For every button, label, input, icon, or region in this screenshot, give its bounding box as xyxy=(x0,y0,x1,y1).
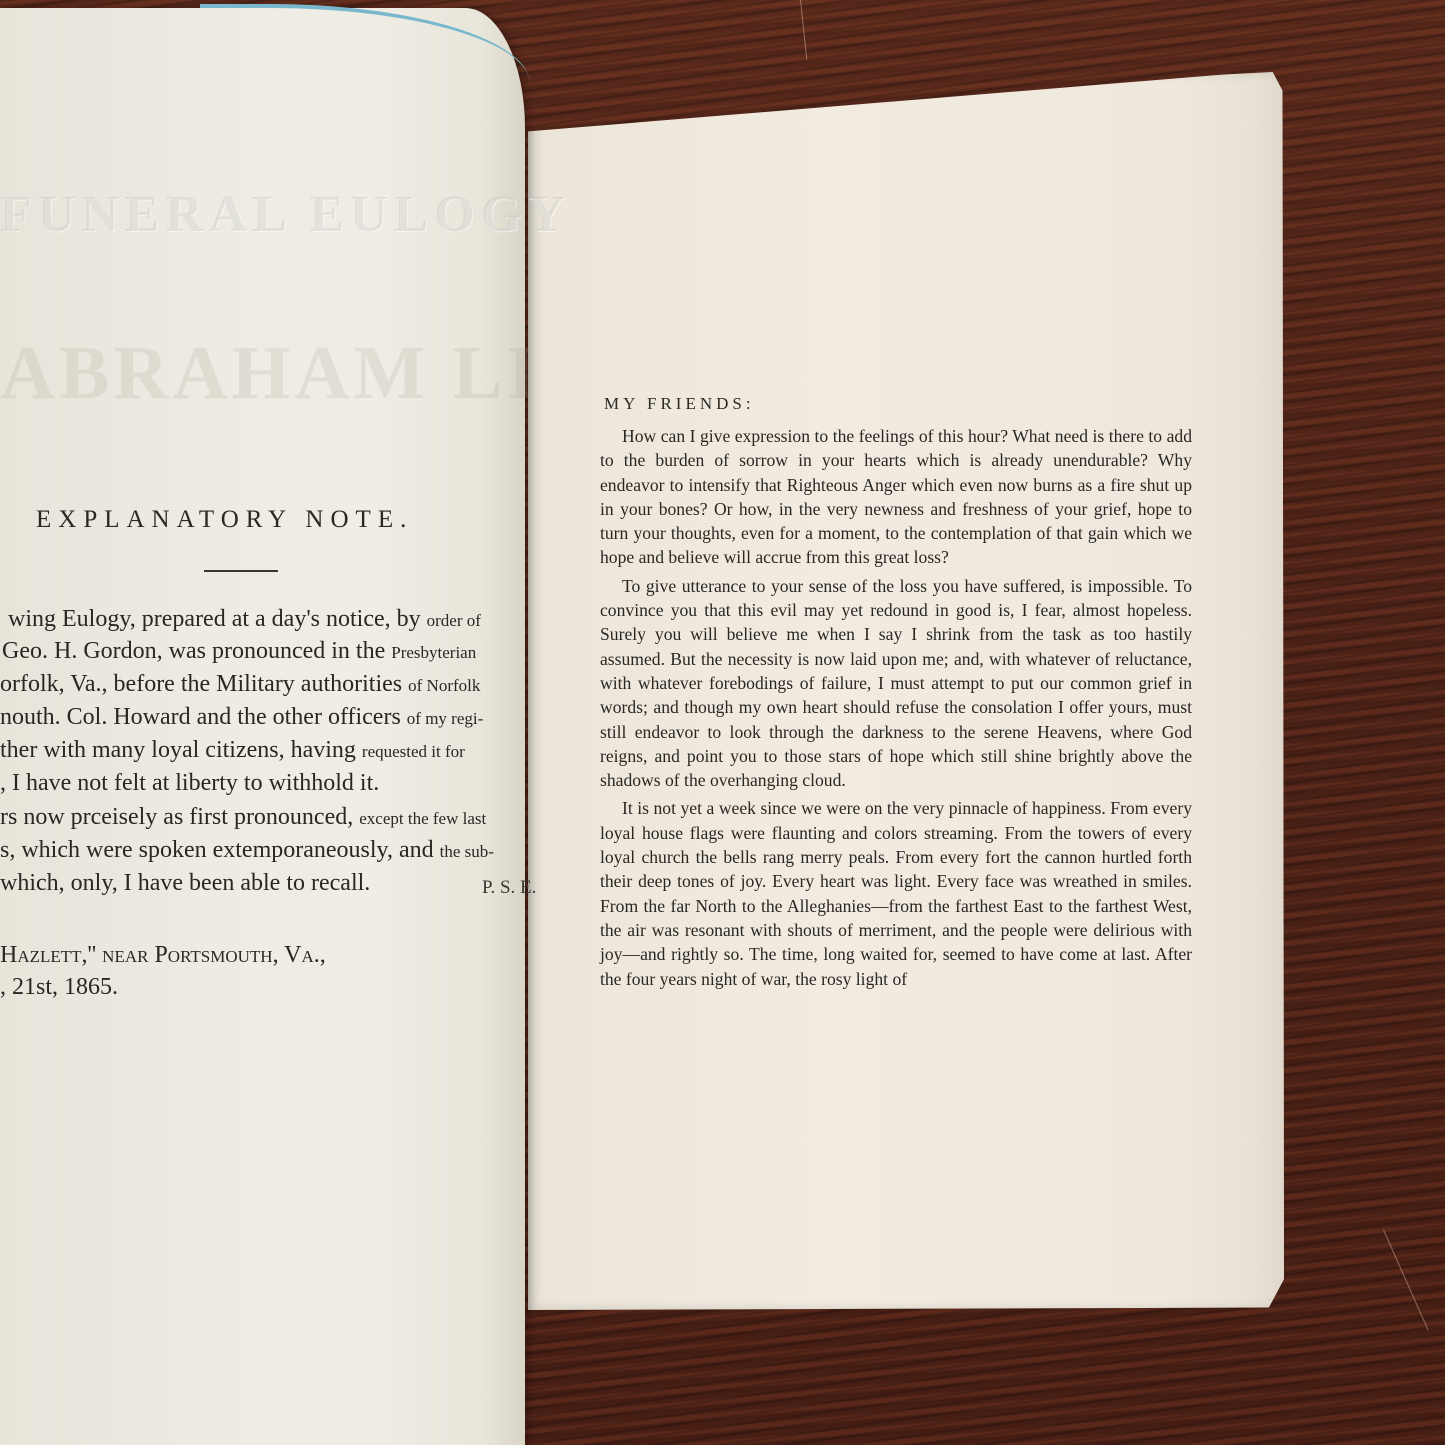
note-line: s, which were spoken extemporaneously, a… xyxy=(0,837,494,864)
speech-body: How can I give expression to the feeling… xyxy=(600,424,1192,995)
table-scratch xyxy=(1383,1230,1429,1331)
date-line: , 21st, 1865. xyxy=(0,974,118,1001)
divider-rule xyxy=(204,570,278,572)
paragraph: How can I give expression to the feeling… xyxy=(600,424,1192,570)
paragraph: To give utterance to your sense of the l… xyxy=(600,574,1192,793)
page-edge xyxy=(1250,72,1284,1310)
note-line: ther with many loyal citizens, having re… xyxy=(0,737,465,764)
show-through-title: FUNERAL EULOGY xyxy=(0,185,400,244)
note-line: rs now prceisely as first pronounced, ex… xyxy=(0,804,486,831)
note-line: Geo. H. Gordon, was pronounced in the Pr… xyxy=(2,638,476,665)
note-line: orfolk, Va., before the Military authori… xyxy=(0,671,480,698)
note-heading: EXPLANATORY NOTE. xyxy=(36,506,413,534)
note-line: , I have not felt at liberty to withhold… xyxy=(0,770,379,797)
note-line: which, only, I have been able to recall. xyxy=(0,870,370,897)
signature-initials: P. S. E. xyxy=(482,877,536,899)
note-line: nouth. Col. Howard and the other officer… xyxy=(0,704,483,731)
table-scratch xyxy=(800,0,807,60)
place-line: Hazlett,'' near Portsmouth, Va., xyxy=(0,942,326,969)
show-through-name: ABRAHAM LINCOLN xyxy=(0,330,530,417)
note-line: wing Eulogy, prepared at a day's notice,… xyxy=(8,606,481,633)
paragraph: It is not yet a week since we were on th… xyxy=(600,796,1192,990)
salutation: MY FRIENDS: xyxy=(604,394,755,414)
